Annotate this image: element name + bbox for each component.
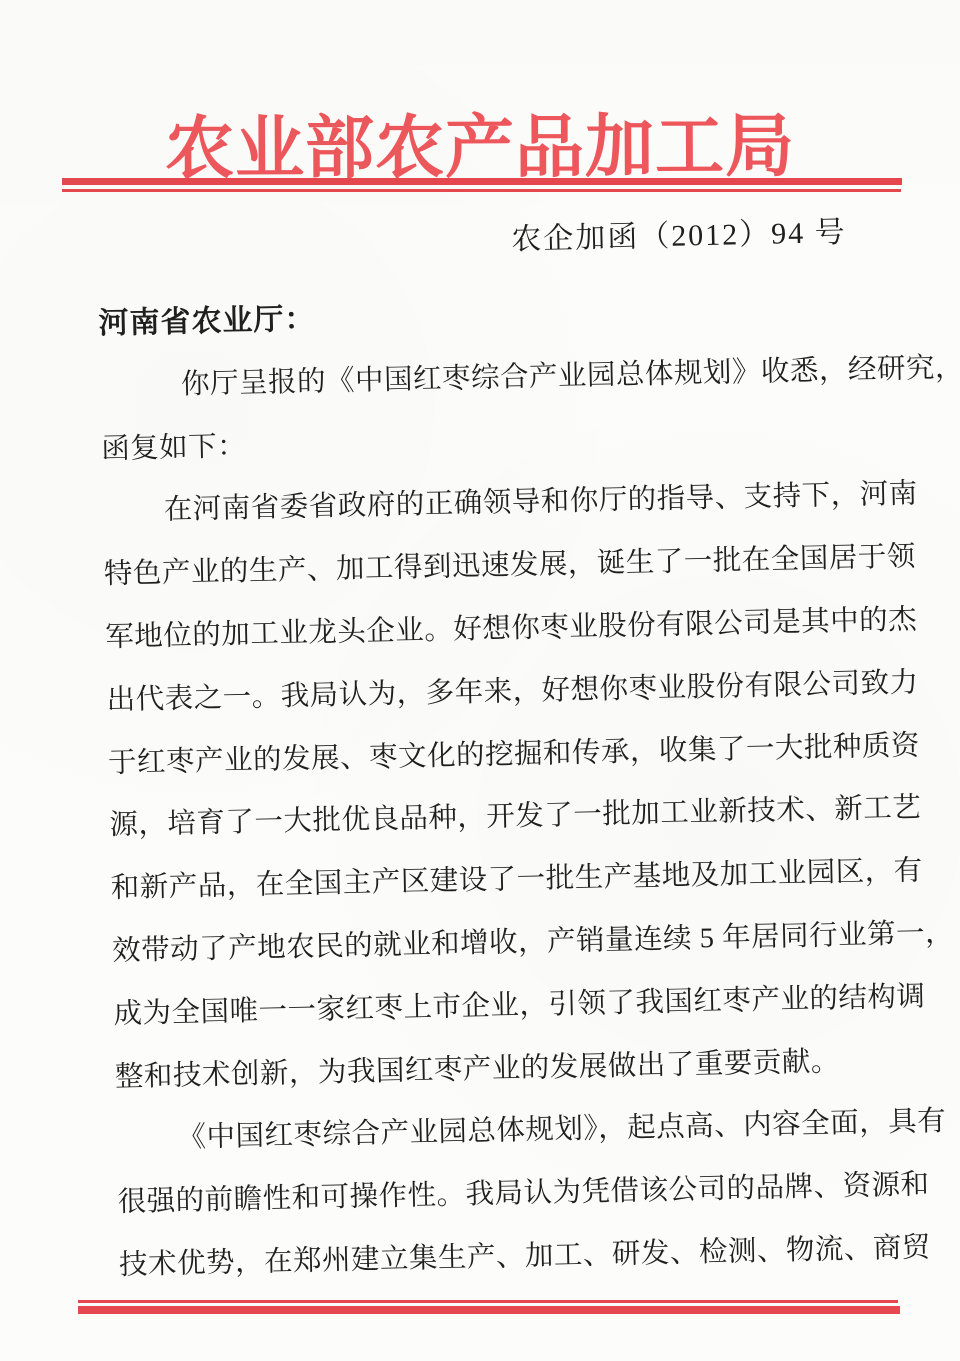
doc-number: 农企加函（2012）94 号 [511, 207, 847, 258]
footer-rule-thin [78, 1300, 898, 1303]
letter-content: 农企加函（2012）94 号 河南省农业厅： 你厅呈报的《中国红枣综合产业园总体… [91, 0, 907, 1361]
letter-body: 河南省农业厅： 你厅呈报的《中国红枣综合产业园总体规划》收悉，经研究， 函复如下… [98, 276, 906, 1298]
scanned-letter-page: 农业部农产品加工局 农企加函（2012）94 号 河南省农业厅： 你厅呈报的《中… [0, 0, 960, 1361]
footer-rule-thick [78, 1306, 900, 1314]
